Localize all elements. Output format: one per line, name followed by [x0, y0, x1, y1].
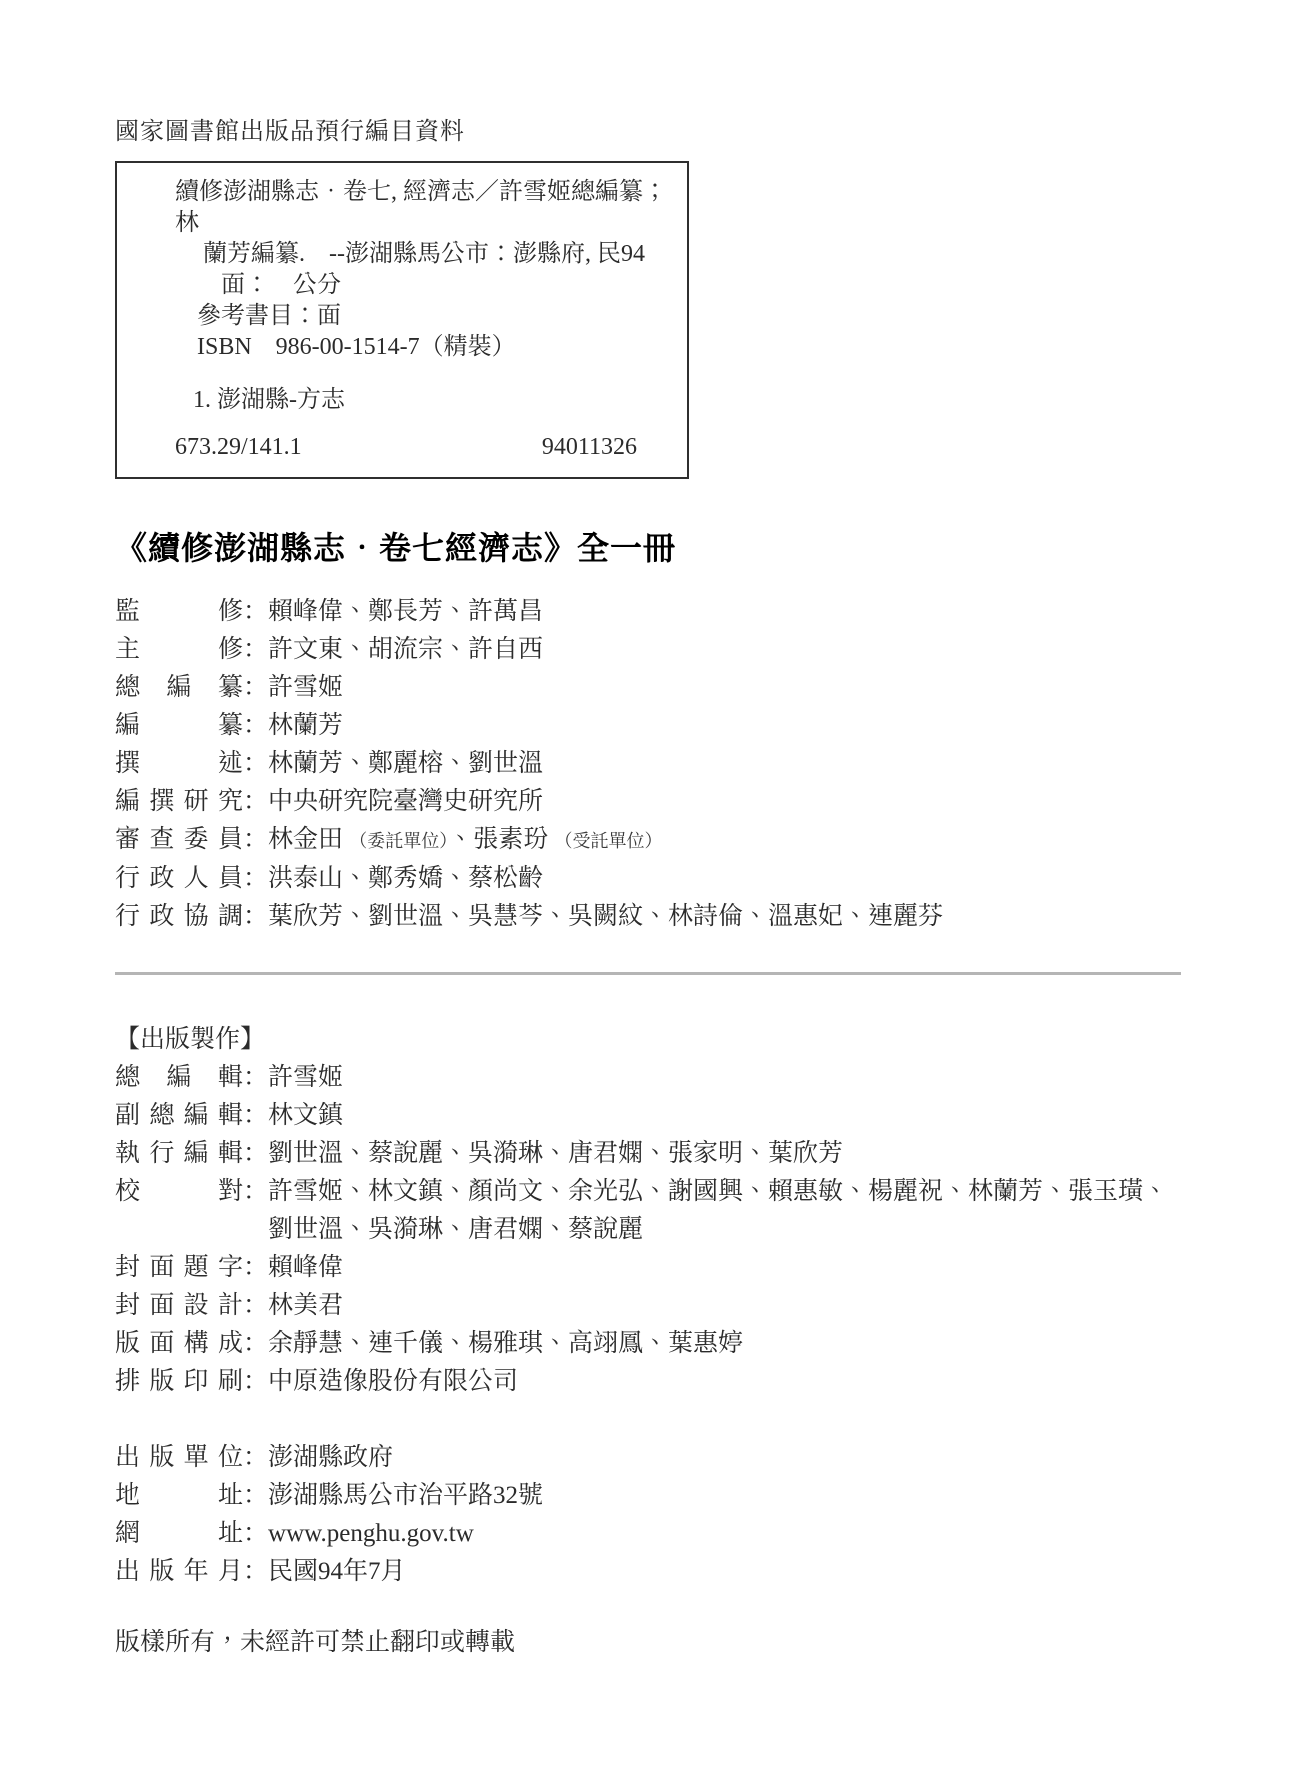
- colon: ：: [243, 1553, 268, 1591]
- cip-box: 續修澎湖縣志．卷七, 經濟志／許雪姬總編纂；林 蘭芳編纂. --澎湖縣馬公市：澎…: [115, 161, 689, 479]
- cip-line: 參考書目：面: [197, 301, 667, 332]
- page-content: 國家圖書館出版品預行編目資料 續修澎湖縣志．卷七, 經濟志／許雪姬總編纂；林 蘭…: [0, 0, 1300, 1662]
- credit-value: 澎湖縣政府: [268, 1439, 1185, 1477]
- pub-row-exec-editors: 執行編輯：劉世溫、蔡說麗、吳漪琳、唐君嫻、張家明、葉欣芳: [115, 1135, 1185, 1173]
- credit-row-chief-reviser: 主修：許文東、胡流宗、許自西: [115, 631, 1185, 669]
- credit-label: 副總編輯: [115, 1097, 243, 1135]
- colon: ：: [243, 1287, 268, 1325]
- credit-label: 封面題字: [115, 1249, 243, 1287]
- credit-value: 葉欣芳、劉世溫、吳慧芩、吳闕紋、林詩倫、溫惠妃、連麗芬: [268, 898, 1185, 936]
- colon: ：: [243, 1059, 268, 1097]
- pub-row-printing: 排版印刷：中原造像股份有限公司: [115, 1363, 1185, 1401]
- credit-label: 撰述: [115, 745, 243, 783]
- publishing-list: 總編輯：許雪姬 副總編輯：林文鎮 執行編輯：劉世溫、蔡說麗、吳漪琳、唐君嫻、張家…: [115, 1059, 1185, 1591]
- credit-label: 網址: [115, 1515, 243, 1553]
- credit-label: 編纂: [115, 707, 243, 745]
- pub-row-proofreaders: 校對：許雪姬、林文鎮、顏尚文、余光弘、謝國興、賴惠敏、楊麗祝、林蘭芳、張玉璜、: [115, 1173, 1185, 1211]
- colon: ：: [243, 631, 268, 669]
- credit-value: 賴峰偉: [268, 1249, 1185, 1287]
- credit-value: 中原造像股份有限公司: [268, 1363, 1185, 1401]
- credit-value: 林美君: [268, 1287, 1185, 1325]
- credit-value: 林蘭芳、鄭麗榕、劉世溫: [268, 745, 1185, 783]
- reviewer-note: （委託單位）: [349, 831, 448, 851]
- credit-label: 出版年月: [115, 1553, 243, 1591]
- credit-label: 監修: [115, 593, 243, 631]
- colon: ：: [243, 1363, 268, 1401]
- cip-subject-line: 1. 澎湖縣-方志: [193, 385, 667, 416]
- reviewer-note: （受託單位）: [555, 831, 663, 851]
- credit-label: 排版印刷: [115, 1363, 243, 1401]
- credit-value: 林文鎮: [268, 1097, 1185, 1135]
- colon: ：: [243, 1515, 268, 1553]
- credit-label: 校對: [115, 1173, 243, 1211]
- credit-row-research: 編撰研究：中央研究院臺灣史研究所: [115, 783, 1185, 821]
- pub-row-cover-calligraphy: 封面題字：賴峰偉: [115, 1249, 1185, 1287]
- credits-list: 監修：賴峰偉、鄭長芳、許萬昌 主修：許文東、胡流宗、許自西 總編纂：許雪姬 編纂…: [115, 593, 1185, 936]
- pub-row-publisher: 出版單位：澎湖縣政府: [115, 1439, 1185, 1477]
- cip-bottom-row: 673.29/141.1 94011326: [127, 432, 667, 463]
- credit-value: 劉世溫、吳漪琳、唐君嫻、蔡說麗: [268, 1211, 1185, 1249]
- credit-value: 中央研究院臺灣史研究所: [268, 783, 1185, 821]
- credit-row-review: 審查委員：林金田 （委託單位）、張素玢 （受託單位）: [115, 821, 1185, 860]
- colon: ：: [243, 1477, 268, 1515]
- pub-row-cover-design: 封面設計：林美君: [115, 1287, 1185, 1325]
- record-number: 94011326: [542, 432, 637, 463]
- pub-row-pub-date: 出版年月：民國94年7月: [115, 1553, 1185, 1591]
- reviewer-name: 林金田: [268, 826, 349, 853]
- credit-value: 許雪姬: [268, 1059, 1185, 1097]
- credit-row-compiler: 編纂：林蘭芳: [115, 707, 1185, 745]
- credit-label: 主修: [115, 631, 243, 669]
- credit-label: 行政協調: [115, 898, 243, 936]
- credit-value: 劉世溫、蔡說麗、吳漪琳、唐君嫻、張家明、葉欣芳: [268, 1135, 1185, 1173]
- credit-value: 民國94年7月: [268, 1553, 1185, 1591]
- colon: ：: [243, 669, 268, 707]
- section-divider: [115, 972, 1181, 975]
- credit-value: 林蘭芳: [268, 707, 1185, 745]
- credit-value: 許文東、胡流宗、許自西: [268, 631, 1185, 669]
- colophon-page: 國家圖書館出版品預行編目資料 續修澎湖縣志．卷七, 經濟志／許雪姬總編纂；林 蘭…: [0, 0, 1300, 1779]
- colon: ：: [243, 1249, 268, 1287]
- book-title: 《續修澎湖縣志．卷七經濟志》全一冊: [115, 523, 1185, 569]
- cip-line: 蘭芳編纂. --澎湖縣馬公市：澎縣府, 民94: [203, 239, 667, 270]
- colon: ：: [243, 1325, 268, 1363]
- credit-label: 地址: [115, 1477, 243, 1515]
- colon: ：: [243, 1097, 268, 1135]
- credit-value: 許雪姬、林文鎮、顏尚文、余光弘、謝國興、賴惠敏、楊麗祝、林蘭芳、張玉璜、: [268, 1173, 1185, 1211]
- credit-label: 審查委員: [115, 821, 243, 859]
- cip-isbn-line: ISBN 986-00-1514-7（精裝）: [197, 332, 667, 363]
- pub-row-deputy-editor: 副總編輯：林文鎮: [115, 1097, 1185, 1135]
- colon: ：: [243, 707, 268, 745]
- pub-row-website: 網址：www.penghu.gov.tw: [115, 1515, 1185, 1553]
- website-url: www.penghu.gov.tw: [268, 1515, 1185, 1553]
- cip-line: 續修澎湖縣志．卷七, 經濟志／許雪姬總編纂；林: [175, 177, 667, 239]
- colon: ：: [243, 860, 268, 898]
- credit-label: 編撰研究: [115, 783, 243, 821]
- credit-label: 封面設計: [115, 1287, 243, 1325]
- reviewer-name: 、張素玢: [448, 826, 554, 853]
- credit-label: 執行編輯: [115, 1135, 243, 1173]
- colon: ：: [243, 1135, 268, 1173]
- colon: ：: [243, 1173, 268, 1211]
- credit-row-writers: 撰述：林蘭芳、鄭麗榕、劉世溫: [115, 745, 1185, 783]
- pub-row-chief-editor: 總編輯：許雪姬: [115, 1059, 1185, 1097]
- colon: ：: [243, 593, 268, 631]
- copyright-notice: 版樣所有，未經許可禁止翻印或轉載: [115, 1624, 1185, 1662]
- credit-value: 賴峰偉、鄭長芳、許萬昌: [268, 593, 1185, 631]
- credit-label: 行政人員: [115, 860, 243, 898]
- pub-row-proofreaders-cont: ：劉世溫、吳漪琳、唐君嫻、蔡說麗: [115, 1211, 1185, 1249]
- credit-row-supervisor: 監修：賴峰偉、鄭長芳、許萬昌: [115, 593, 1185, 631]
- cip-line: 面： 公分: [221, 270, 667, 301]
- credit-row-chief-compiler: 總編纂：許雪姬: [115, 669, 1185, 707]
- credit-value: 林金田 （委託單位）、張素玢 （受託單位）: [268, 821, 1185, 860]
- call-number: 673.29/141.1: [175, 432, 302, 463]
- colon: ：: [243, 783, 268, 821]
- credit-row-admin-staff: 行政人員：洪泰山、鄭秀嬌、蔡松齡: [115, 860, 1185, 898]
- pub-row-address: 地址：澎湖縣馬公市治平路32號: [115, 1477, 1185, 1515]
- colon: ：: [243, 898, 268, 936]
- colon: ：: [243, 821, 268, 859]
- credit-label: 版面構成: [115, 1325, 243, 1363]
- credit-value: 澎湖縣馬公市治平路32號: [268, 1477, 1185, 1515]
- credit-label: 總編輯: [115, 1059, 243, 1097]
- colon: ：: [243, 745, 268, 783]
- credit-label: 總編纂: [115, 669, 243, 707]
- credit-value: 洪泰山、鄭秀嬌、蔡松齡: [268, 860, 1185, 898]
- credit-value: 許雪姬: [268, 669, 1185, 707]
- credit-value: 余靜慧、連千儀、楊雅琪、高翊鳳、葉惠婷: [268, 1325, 1185, 1363]
- colon: ：: [243, 1439, 268, 1477]
- publishing-section-heading: 【出版製作】: [115, 1021, 1185, 1059]
- cip-header: 國家圖書館出版品預行編目資料: [115, 116, 1185, 148]
- credit-label: 出版單位: [115, 1439, 243, 1477]
- pub-row-layout: 版面構成：余靜慧、連千儀、楊雅琪、高翊鳳、葉惠婷: [115, 1325, 1185, 1363]
- credit-row-admin-coord: 行政協調：葉欣芳、劉世溫、吳慧芩、吳闕紋、林詩倫、溫惠妃、連麗芬: [115, 898, 1185, 936]
